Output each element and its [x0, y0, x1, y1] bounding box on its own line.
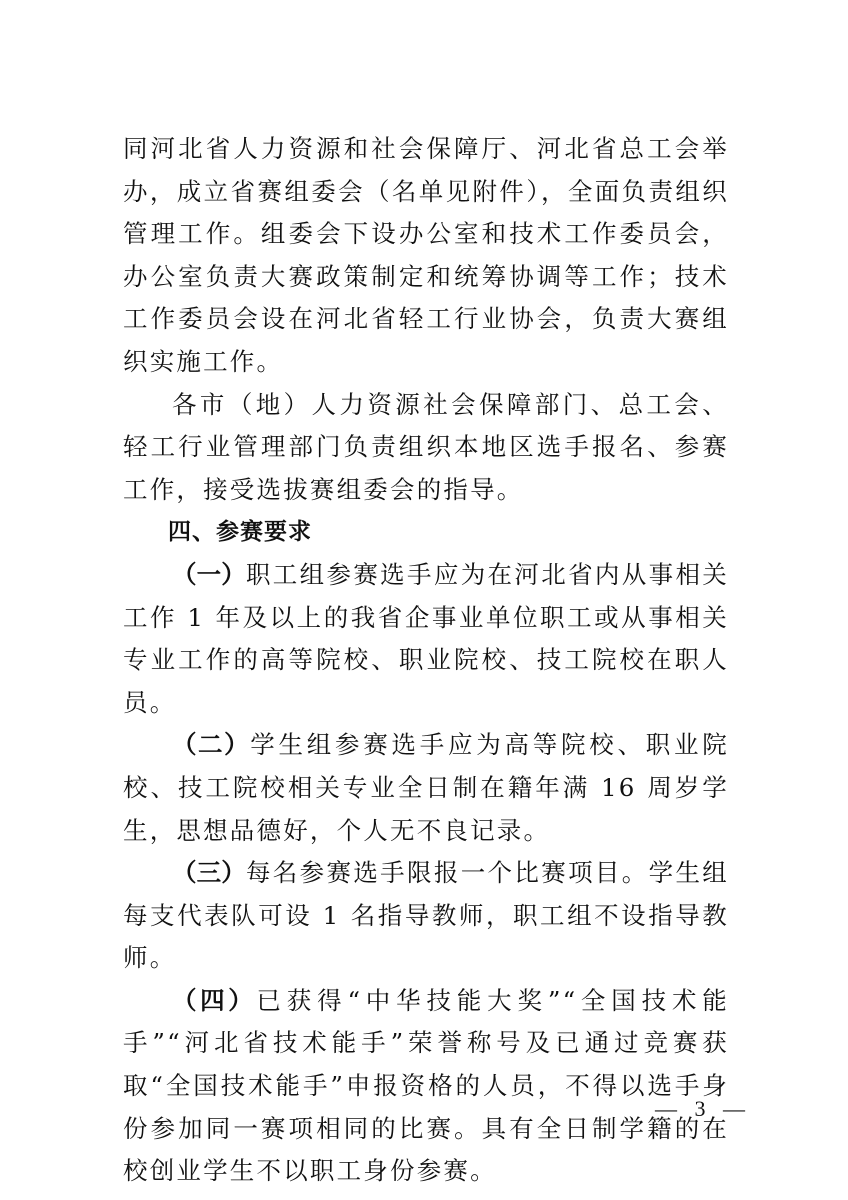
- requirement-item-1: （一）职工组参赛选手应为在河北省内从事相关工作 1 年及以上的我省企事业单位职工…: [123, 554, 729, 724]
- item-label: （一）: [172, 560, 246, 589]
- requirement-item-3: （三）每名参赛选手限报一个比赛项目。学生组每支代表队可设 1 名指导教师，职工组…: [123, 852, 729, 980]
- paragraph-organizing-committee: 同河北省人力资源和社会保障厅、河北省总工会举办，成立省赛组委会（名单见附件），全…: [123, 128, 729, 384]
- requirement-item-4: （四）已获得“中华技能大奖”“全国技术能手”“河北省技术能手”荣誉称号及已通过竞…: [123, 980, 729, 1193]
- item-label: （四）: [172, 986, 256, 1015]
- item-text: 已获得“中华技能大奖”“全国技术能手”“河北省技术能手”荣誉称号及已通过竞赛获取…: [123, 986, 729, 1185]
- document-body: 同河北省人力资源和社会保障厅、河北省总工会举办，成立省赛组委会（名单见附件），全…: [123, 128, 729, 1193]
- section-heading: 四、参赛要求: [123, 511, 729, 554]
- page-number: — 3 —: [655, 1096, 751, 1122]
- requirement-item-2: （二）学生组参赛选手应为高等院校、职业院校、技工院校相关专业全日制在籍年满 16…: [123, 724, 729, 852]
- paragraph-local-departments: 各市（地）人力资源社会保障部门、总工会、轻工行业管理部门负责组织本地区选手报名、…: [123, 384, 729, 512]
- item-label: （三）: [172, 858, 246, 887]
- item-label: （二）: [172, 730, 250, 759]
